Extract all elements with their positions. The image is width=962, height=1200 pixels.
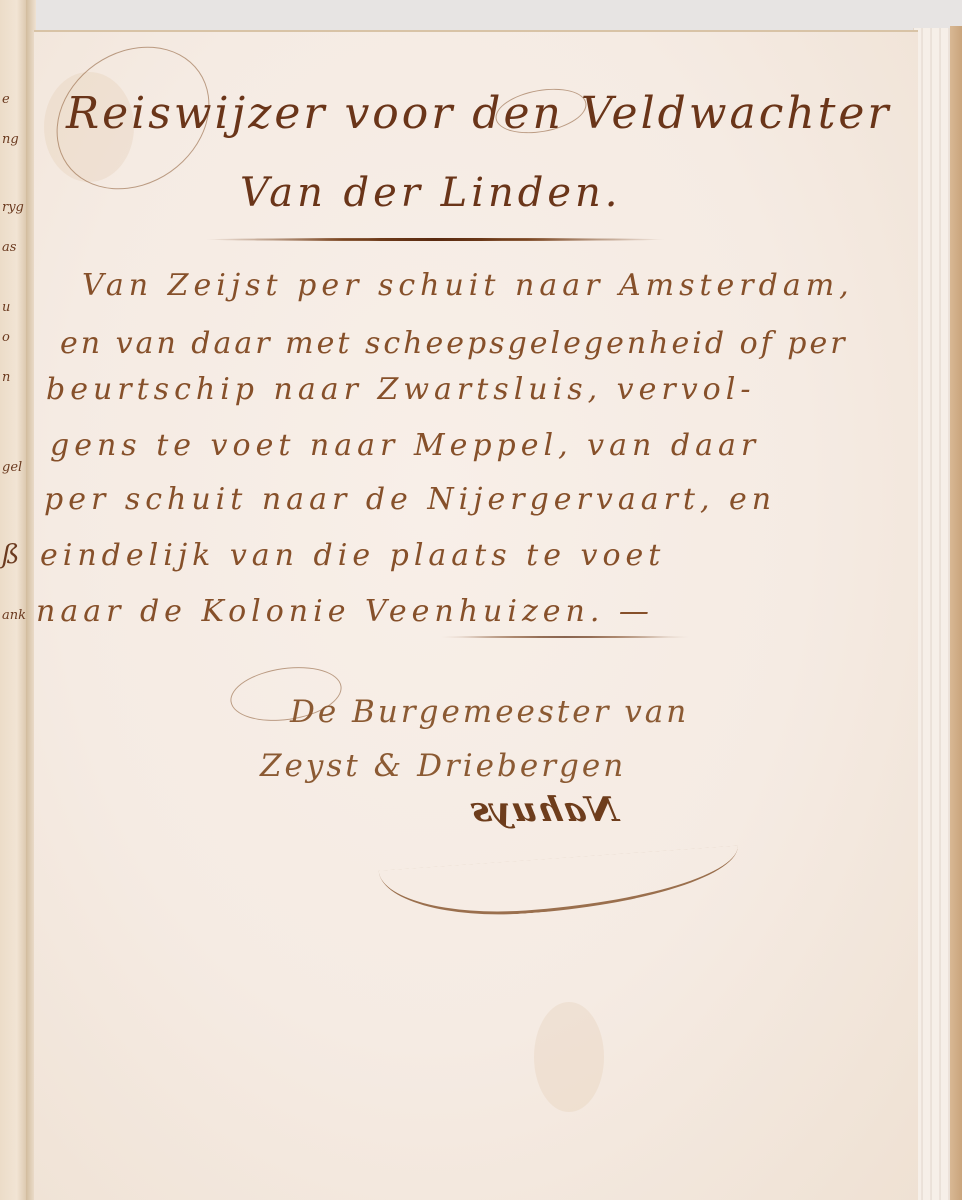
body-line: Van Zeijst per schuit naar Amsterdam, xyxy=(82,268,854,303)
facing-page-fragment: gel xyxy=(2,460,22,475)
facing-page-fragment: e xyxy=(2,92,10,107)
document-title-line-2: Van der Linden. xyxy=(240,170,622,216)
body-line: per schuit naar de Nijergervaart, en xyxy=(44,482,776,517)
closing-line-1: De Burgemeester van xyxy=(290,694,689,730)
body-line: beurtschip naar Zwartsluis, vervol- xyxy=(46,372,755,407)
facing-page-fragment: as xyxy=(2,240,16,255)
paper-stain xyxy=(534,1002,604,1112)
closing-line-2: Zeyst & Driebergen xyxy=(260,748,626,784)
body-line: en van daar met scheepsgelegenheid of pe… xyxy=(60,326,848,361)
body-line: eindelijk van die plaats te voet xyxy=(40,538,665,573)
underline-veenhuizen xyxy=(440,636,690,638)
document-title-line-1: Reiswijzer voor den Veldwachter xyxy=(66,88,891,139)
signature: Nahuys xyxy=(466,790,622,830)
facing-page-fragment: o xyxy=(2,330,10,345)
body-line: gens te voet naar Meppel, van daar xyxy=(50,428,760,463)
facing-page-fragment: ß xyxy=(2,540,19,570)
title-divider xyxy=(205,238,665,241)
facing-page-fragment: ng xyxy=(2,132,19,147)
facing-page-fragment: ank xyxy=(2,608,26,623)
facing-page-fragment: n xyxy=(2,370,10,385)
book-cover-edge xyxy=(950,26,962,1200)
facing-page-fragment: ryg xyxy=(2,200,24,215)
body-line: naar de Kolonie Veenhuizen. — xyxy=(36,594,654,629)
facing-page-edge: e ng ryg as u o n gel ß ank xyxy=(0,0,29,1200)
facing-page-fragment: u xyxy=(2,300,10,315)
